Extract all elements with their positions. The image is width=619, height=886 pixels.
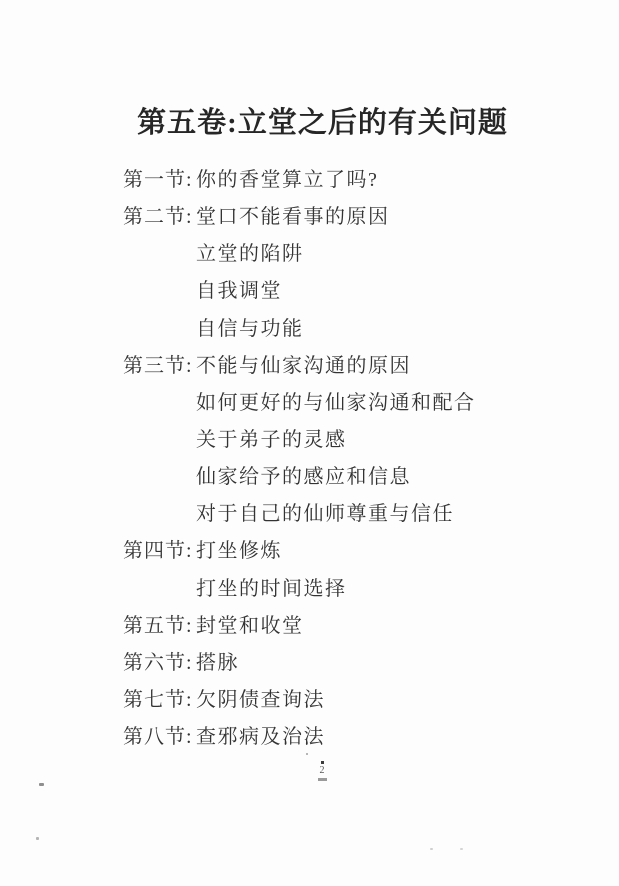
page-number: 2 xyxy=(317,761,327,781)
toc-entry-text: 封堂和收堂 xyxy=(196,615,304,637)
toc-entry: 自我调堂 xyxy=(123,273,619,310)
toc-entry-prefix: 第四节: xyxy=(123,533,196,570)
table-of-contents: 第一节:你的香堂算立了吗? 第二节:堂口不能看事的原因 立堂的陷阱 自我调堂 自… xyxy=(123,162,619,756)
toc-entry: 自信与功能 xyxy=(123,311,619,348)
toc-entry-text: 仙家给予的感应和信息 xyxy=(196,466,411,488)
toc-entry-prefix: 第八节: xyxy=(123,719,196,756)
toc-entry-text: 对于自己的仙师尊重与信任 xyxy=(196,503,454,525)
toc-entry-text: 查邪病及治法 xyxy=(196,726,325,748)
toc-entry-text: 自我调堂 xyxy=(196,280,282,302)
toc-entry-prefix: 第一节: xyxy=(123,162,196,199)
toc-entry: 第三节:不能与仙家沟通的原因 xyxy=(123,348,619,385)
toc-entry: 第一节:你的香堂算立了吗? xyxy=(123,162,619,199)
toc-entry-text: 欠阴债查询法 xyxy=(196,689,325,711)
toc-entry: 打坐的时间选择 xyxy=(123,571,619,608)
scanned-book-page: 第五卷:立堂之后的有关问题 第一节:你的香堂算立了吗? 第二节:堂口不能看事的原… xyxy=(0,0,619,886)
toc-entry-prefix: 第六节: xyxy=(123,645,196,682)
toc-entry: 第四节:打坐修炼 xyxy=(123,533,619,570)
toc-entry-text: 立堂的陷阱 xyxy=(196,243,304,265)
scan-speck xyxy=(430,848,433,850)
toc-entry-text: 自信与功能 xyxy=(196,318,304,340)
toc-entry-text: 打坐修炼 xyxy=(196,540,282,562)
toc-entry: 第七节:欠阴债查询法 xyxy=(123,682,619,719)
toc-entry: 第六节:搭脉 xyxy=(123,645,619,682)
scan-speck xyxy=(306,753,308,755)
page-title: 第五卷:立堂之后的有关问题 xyxy=(0,103,619,143)
scan-speck xyxy=(36,837,39,840)
toc-entry: 立堂的陷阱 xyxy=(123,236,619,273)
toc-entry: 对于自己的仙师尊重与信任 xyxy=(123,496,619,533)
toc-entry-prefix: 第三节: xyxy=(123,348,196,385)
scan-speck xyxy=(460,848,463,850)
toc-entry: 第二节:堂口不能看事的原因 xyxy=(123,199,619,236)
toc-entry-prefix: 第七节: xyxy=(123,682,196,719)
toc-entry-prefix: 第二节: xyxy=(123,199,196,236)
toc-entry: 第五节:封堂和收堂 xyxy=(123,608,619,645)
toc-entry-text: 你的香堂算立了吗? xyxy=(196,169,378,191)
toc-entry: 第八节:查邪病及治法 xyxy=(123,719,619,756)
toc-entry-text: 搭脉 xyxy=(196,652,239,674)
toc-entry-text: 关于弟子的灵感 xyxy=(196,429,347,451)
toc-entry: 如何更好的与仙家沟通和配合 xyxy=(123,385,619,422)
toc-entry: 关于弟子的灵感 xyxy=(123,422,619,459)
toc-entry-text: 如何更好的与仙家沟通和配合 xyxy=(196,392,476,414)
toc-entry: 仙家给予的感应和信息 xyxy=(123,459,619,496)
scan-speck xyxy=(39,783,44,786)
toc-entry-text: 打坐的时间选择 xyxy=(196,578,347,600)
toc-entry-prefix: 第五节: xyxy=(123,608,196,645)
toc-entry-text: 堂口不能看事的原因 xyxy=(196,206,390,228)
toc-entry-text: 不能与仙家沟通的原因 xyxy=(196,355,411,377)
